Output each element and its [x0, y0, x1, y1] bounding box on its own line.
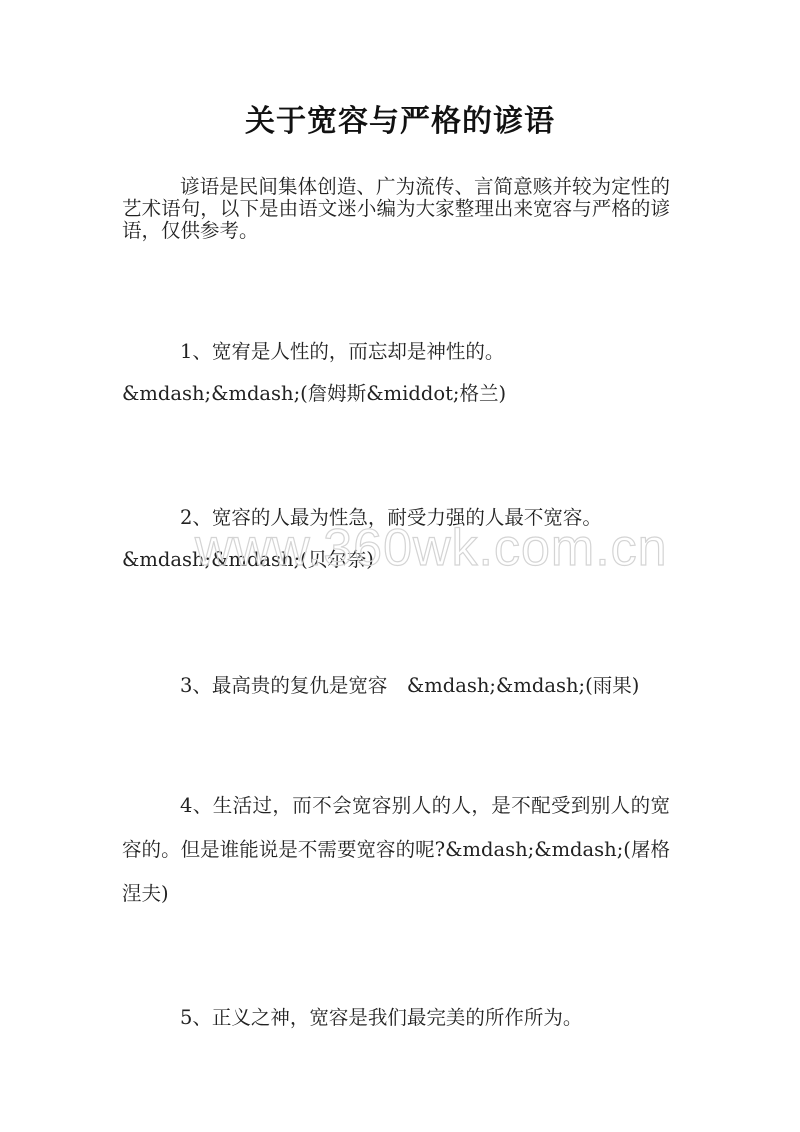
proverb-text: 2、宽容的人最为性急，耐受力强的人最不宽容。 [122, 500, 670, 536]
proverb-text: 5、正义之神，宽容是我们最完美的所作所为。 [122, 1000, 670, 1036]
proverb-item-5: 5、正义之神，宽容是我们最完美的所作所为。 [122, 1000, 670, 1036]
document-page: 关于宽容与严格的谚语 谚语是民间集体创造、广为流传、言简意赅并较为定性的艺术语句… [0, 0, 800, 1132]
proverb-text: 1、宽宥是人性的，而忘却是神性的。 [122, 334, 670, 370]
proverb-attribution: &mdash;&mdash;(詹姆斯&middot;格兰) [122, 376, 670, 412]
proverb-item-4: 4、生活过，而不会宽容别人的人，是不配受到别人的宽容的。但是谁能说是不需要宽容的… [122, 784, 670, 916]
intro-paragraph: 谚语是民间集体创造、广为流传、言简意赅并较为定性的艺术语句，以下是由语文迷小编为… [122, 176, 670, 242]
proverb-item-2: 2、宽容的人最为性急，耐受力强的人最不宽容。 &mdash;&mdash;(贝尔… [122, 500, 670, 578]
proverb-attribution: &mdash;&mdash;(贝尔奈) [122, 542, 670, 578]
proverb-text: 3、最高贵的复仇是宽容 &mdash;&mdash;(雨果) [122, 668, 670, 704]
page-title: 关于宽容与严格的谚语 [0, 96, 800, 140]
proverb-item-3: 3、最高贵的复仇是宽容 &mdash;&mdash;(雨果) [122, 668, 670, 704]
proverb-item-1: 1、宽宥是人性的，而忘却是神性的。 &mdash;&mdash;(詹姆斯&mid… [122, 334, 670, 412]
proverb-text: 4、生活过，而不会宽容别人的人，是不配受到别人的宽容的。但是谁能说是不需要宽容的… [122, 784, 670, 916]
